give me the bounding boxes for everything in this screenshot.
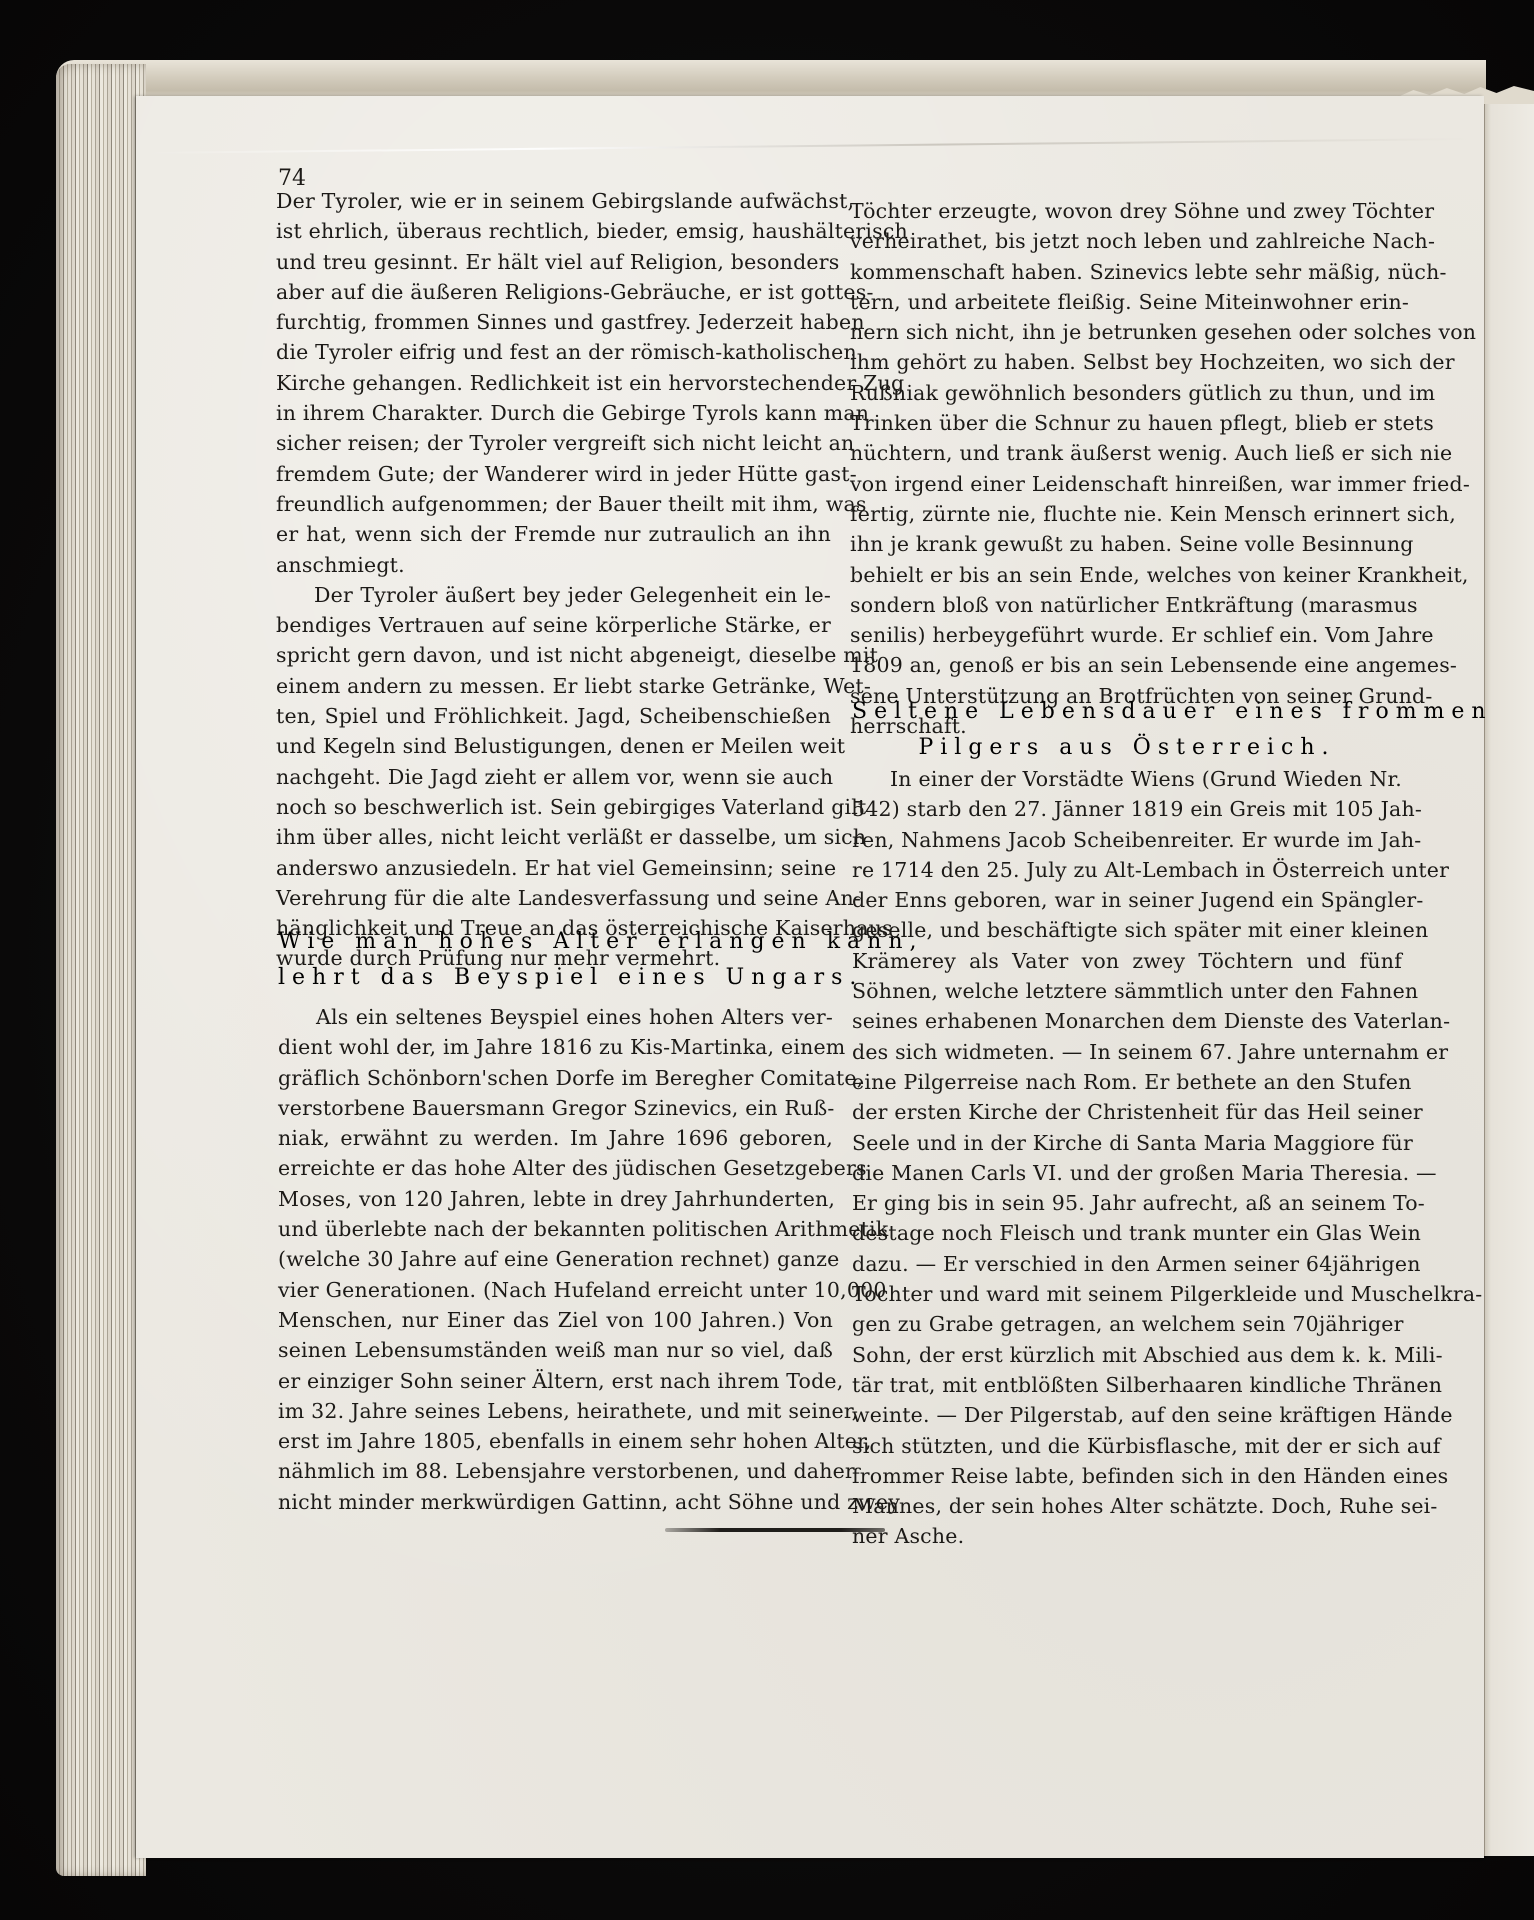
text-line: geselle, und beschäftigte sich später mi…: [852, 915, 1402, 945]
text-line: und treu gesinnt. Er hält viel auf Relig…: [276, 247, 831, 277]
text-line: verstorbene Bauersmann Gregor Szinevics,…: [278, 1093, 833, 1123]
text-line: 542) starb den 27. Jänner 1819 ein Greis…: [852, 794, 1402, 824]
left-column-text: Der Tyroler, wie er in seinem Gebirgslan…: [276, 180, 831, 974]
text-line: der Enns geboren, war in seiner Jugend e…: [852, 885, 1402, 915]
text-line: senilis) herbeygeführt wurde. Er schlief…: [850, 620, 1402, 650]
text-line: Rußniak gewöhnlich besonders gütlich zu …: [850, 378, 1402, 408]
page-stack-left-edge: [56, 64, 146, 1876]
text-line: re 1714 den 25. July zu Alt-Lembach in Ö…: [852, 855, 1402, 885]
end-divider-rule: [665, 1528, 885, 1532]
text-line: Verehrung für die alte Landesverfassung …: [276, 883, 831, 913]
text-line: niak, erwähnt zu werden. Im Jahre 1696 g…: [278, 1123, 833, 1153]
text-line: fertig, zürnte nie, fluchte nie. Kein Me…: [850, 499, 1402, 529]
text-line: spricht gern davon, und ist nicht abgene…: [276, 640, 831, 670]
text-line: Mannes, der sein hohes Alter schätzte. D…: [852, 1491, 1402, 1521]
text-line: er einziger Sohn seiner Ältern, erst nac…: [278, 1366, 833, 1396]
text-line: ren, Nahmens Jacob Scheibenreiter. Er wu…: [852, 825, 1402, 855]
heading-line: Pilgers aus Österreich.: [852, 730, 1402, 766]
text-line: behielt er bis an sein Ende, welches von…: [850, 560, 1402, 590]
text-line: verheirathet, bis jetzt noch leben und z…: [850, 226, 1402, 256]
text-line: furchtig, frommen Sinnes und gastfrey. J…: [276, 307, 831, 337]
text-line: Er ging bis in sein 95. Jahr aufrecht, a…: [852, 1188, 1402, 1218]
text-line: Sohn, der erst kürzlich mit Abschied aus…: [852, 1340, 1402, 1370]
text-line: ihm gehört zu haben. Selbst bey Hochzeit…: [850, 347, 1402, 377]
text-line: einem andern zu messen. Er liebt starke …: [276, 671, 831, 701]
text-line: ihm über alles, nicht leicht verläßt er …: [276, 822, 831, 852]
text-line: ihn je krank gewußt zu haben. Seine voll…: [850, 529, 1402, 559]
text-line: ten, Spiel und Fröhlichkeit. Jagd, Schei…: [276, 701, 831, 731]
text-line: im 32. Jahre seines Lebens, heirathete, …: [278, 1396, 833, 1426]
text-line: Menschen, nur Einer das Ziel von 100 Jah…: [278, 1305, 833, 1335]
text-line: In einer der Vorstädte Wiens (Grund Wied…: [852, 764, 1402, 794]
text-line: sondern bloß von natürlicher Entkräftung…: [850, 590, 1402, 620]
text-line: fremdem Gute; der Wanderer wird in jeder…: [276, 459, 831, 489]
text-line: nachgeht. Die Jagd zieht er allem vor, w…: [276, 762, 831, 792]
text-line: in ihrem Charakter. Durch die Gebirge Ty…: [276, 398, 831, 428]
text-line: kommenschaft haben. Szinevics lebte sehr…: [850, 257, 1402, 287]
text-line: Krämerey als Vater von zwey Töchtern und…: [852, 946, 1402, 976]
heading-line: Wie man hohes Alter erlangen kann,: [278, 924, 833, 960]
text-line: Moses, von 120 Jahren, lebte in drey Jah…: [278, 1184, 833, 1214]
text-line: erreichte er das hohe Alter des jüdische…: [278, 1153, 833, 1183]
text-line: dazu. — Er verschied in den Armen seiner…: [852, 1249, 1402, 1279]
heading-line: Seltene Lebensdauer eines frommen: [852, 694, 1402, 730]
text-line: erst im Jahre 1805, ebenfalls in einem s…: [278, 1426, 833, 1456]
right-column-text: Töchter erzeugte, wovon drey Söhne und z…: [850, 196, 1402, 741]
text-line: und überlebte nach der bekannten politis…: [278, 1214, 833, 1244]
text-line: Tochter und ward mit seinem Pilgerkleide…: [852, 1279, 1402, 1309]
heading-line: lehrt das Beyspiel eines Ungars.: [278, 960, 833, 996]
text-line: anderswo anzusiedeln. Er hat viel Gemein…: [276, 853, 831, 883]
text-line: sicher reisen; der Tyroler vergreift sic…: [276, 428, 831, 458]
section-heading-pilgrim: Seltene Lebensdauer eines frommen Pilger…: [852, 694, 1402, 766]
text-line: von irgend einer Leidenschaft hinreißen,…: [850, 469, 1402, 499]
text-line: er hat, wenn sich der Fremde nur zutraul…: [276, 519, 831, 549]
text-line: Der Tyroler äußert bey jeder Gelegenheit…: [276, 580, 831, 610]
text-line: Trinken über die Schnur zu hauen pflegt,…: [850, 408, 1402, 438]
text-line: sich stützten, und die Kürbisflasche, mi…: [852, 1431, 1402, 1461]
text-line: nicht minder merkwürdigen Gattinn, acht …: [278, 1487, 833, 1517]
section-heading-hungarian: Wie man hohes Alter erlangen kann, lehrt…: [278, 924, 833, 996]
text-line: seines erhabenen Monarchen dem Dienste d…: [852, 1006, 1402, 1036]
text-line: Der Tyroler, wie er in seinem Gebirgslan…: [276, 186, 831, 216]
text-line: gräflich Schönborn'schen Dorfe im Beregh…: [278, 1063, 833, 1093]
text-line: nähmlich im 88. Lebensjahre verstorbenen…: [278, 1456, 833, 1486]
paragraph-tyroler-1: Der Tyroler, wie er in seinem Gebirgslan…: [276, 186, 831, 580]
text-line: des sich widmeten. — In seinem 67. Jahre…: [852, 1037, 1402, 1067]
text-line: Söhnen, welche letztere sämmtlich unter …: [852, 976, 1402, 1006]
text-line: noch so beschwerlich ist. Sein gebirgige…: [276, 792, 831, 822]
text-line: Als ein seltenes Beyspiel eines hohen Al…: [278, 1002, 833, 1032]
text-line: tär trat, mit entblößten Silberhaaren ki…: [852, 1370, 1402, 1400]
text-line: die Tyroler eifrig und fest an der römis…: [276, 337, 831, 367]
text-line: dient wohl der, im Jahre 1816 zu Kis-Mar…: [278, 1032, 833, 1062]
text-line: aber auf die äußeren Religions-Gebräuche…: [276, 277, 831, 307]
text-line: nern sich nicht, ihn je betrunken gesehe…: [850, 317, 1402, 347]
paragraph-scheibenreiter: In einer der Vorstädte Wiens (Grund Wied…: [852, 764, 1402, 1552]
facing-page-edge: [1484, 104, 1534, 1856]
text-line: ist ehrlich, überaus rechtlich, bieder, …: [276, 216, 831, 246]
text-line: nüchtern, und trank äußerst wenig. Auch …: [850, 438, 1402, 468]
text-line: Kirche gehangen. Redlichkeit ist ein her…: [276, 368, 831, 398]
text-line: anschmiegt.: [276, 550, 831, 580]
text-line: freundlich aufgenommen; der Bauer theilt…: [276, 489, 831, 519]
text-line: 1809 an, genoß er bis an sein Lebensende…: [850, 650, 1402, 680]
paragraph-szinevics: Als ein seltenes Beyspiel eines hohen Al…: [278, 1002, 833, 1517]
text-line: die Manen Carls VI. und der großen Maria…: [852, 1158, 1402, 1188]
scan-scene: 74 Der Tyroler, wie er in seinem Gebirgs…: [0, 0, 1534, 1920]
text-line: (welche 30 Jahre auf eine Generation rec…: [278, 1244, 833, 1274]
text-line: vier Generationen. (Nach Hufeland erreic…: [278, 1275, 833, 1305]
text-line: bendiges Vertrauen auf seine körperliche…: [276, 610, 831, 640]
text-line: eine Pilgerreise nach Rom. Er bethete an…: [852, 1067, 1402, 1097]
text-line: frommer Reise labte, befinden sich in de…: [852, 1461, 1402, 1491]
text-line: weinte. — Der Pilgerstab, auf den seine …: [852, 1400, 1402, 1430]
text-line: seinen Lebensumständen weiß man nur so v…: [278, 1335, 833, 1365]
paragraph-tyroler-2: Der Tyroler äußert bey jeder Gelegenheit…: [276, 580, 831, 974]
text-line: destage noch Fleisch und trank munter ei…: [852, 1218, 1402, 1248]
text-line: und Kegeln sind Belustigungen, denen er …: [276, 731, 831, 761]
text-line: der ersten Kirche der Christenheit für d…: [852, 1097, 1402, 1127]
text-line: Seele und in der Kirche di Santa Maria M…: [852, 1128, 1402, 1158]
text-line: ner Asche.: [852, 1521, 1402, 1551]
text-line: gen zu Grabe getragen, an welchem sein 7…: [852, 1309, 1402, 1339]
text-line: Töchter erzeugte, wovon drey Söhne und z…: [850, 196, 1402, 226]
text-line: tern, und arbeitete fleißig. Seine Mitei…: [850, 287, 1402, 317]
